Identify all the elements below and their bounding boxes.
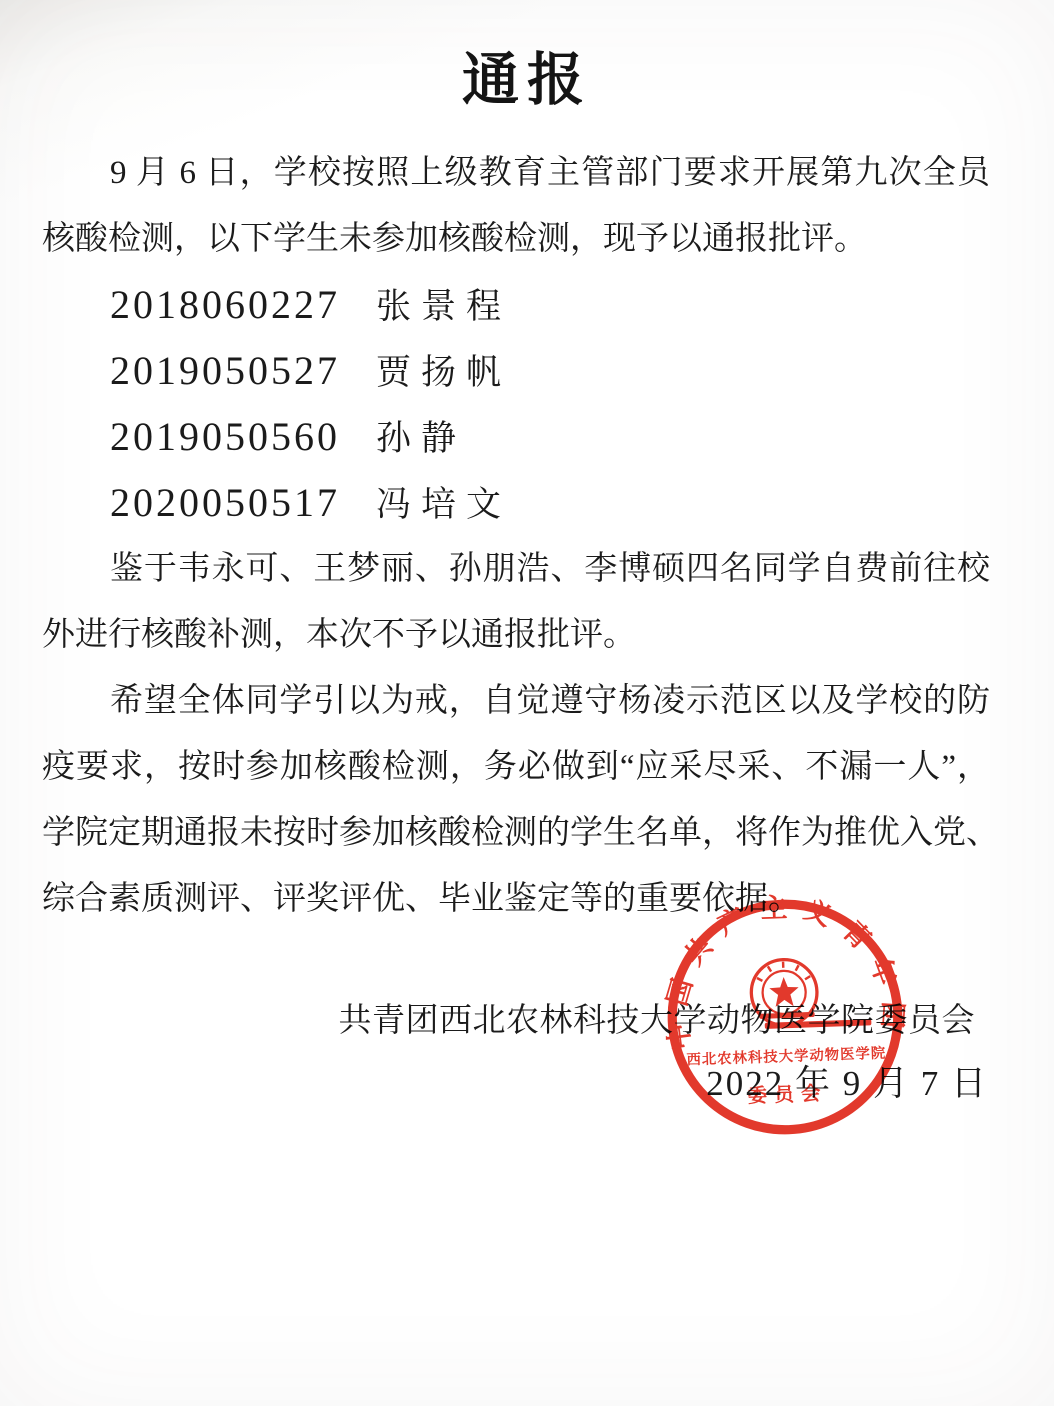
student-name: 贾扬帆 (376, 353, 511, 392)
paragraph2-line1: 鉴于韦永可、王梦丽、孙朋浩、李博硕四名同学自费前往校 (42, 536, 990, 602)
student-name: 孙静 (376, 419, 466, 458)
student-row: 2018060227张景程 (42, 272, 990, 338)
student-row: 2020050517冯培文 (42, 470, 990, 536)
student-row: 2019050527贾扬帆 (42, 338, 990, 404)
paragraph1-line2: 核酸检测，以下学生未参加核酸检测，现予以通报批评。 (42, 206, 990, 272)
paragraph1-line1: 9 月 6 日，学校按照上级教育主管部门要求开展第九次全员 (42, 140, 990, 206)
paragraph3-line2: 疫要求，按时参加核酸检测，务必做到“应采尽采、不漏一人”， (42, 734, 990, 800)
seal-org-text: 西北农林科技大学动物医学院 (686, 1044, 886, 1069)
star-icon (769, 977, 799, 1008)
student-id: 2019050560 (110, 414, 340, 459)
official-seal: 中国共产主义青年团 西北农林科技大学动物医学院 委员会 (658, 890, 912, 1144)
student-row: 2019050560孙静 (42, 404, 990, 470)
seal-committee-text: 委员会 (747, 1082, 828, 1108)
notice-document-page: 通报 9 月 6 日，学校按照上级教育主管部门要求开展第九次全员 核酸检测，以下… (0, 0, 1054, 1406)
paragraph2-line2: 外进行核酸补测，本次不予以通报批评。 (42, 602, 990, 668)
paragraph3-line1: 希望全体同学引以为戒，自觉遵守杨凌示范区以及学校的防 (42, 668, 990, 734)
student-name: 张景程 (376, 287, 511, 326)
page-title: 通报 (0, 34, 1054, 116)
document-body: 9 月 6 日，学校按照上级教育主管部门要求开展第九次全员 核酸检测，以下学生未… (42, 140, 990, 932)
student-id: 2020050517 (110, 480, 340, 525)
student-id: 2018060227 (110, 282, 340, 327)
student-id: 2019050527 (110, 348, 340, 393)
youth-league-emblem-icon (750, 957, 871, 1030)
student-name: 冯培文 (376, 485, 511, 524)
paragraph3-line3: 学院定期通报未按时参加核酸检测的学生名单，将作为推优入党、 (42, 800, 990, 866)
official-seal-graphic: 中国共产主义青年团 西北农林科技大学动物医学院 委员会 (658, 890, 912, 1144)
